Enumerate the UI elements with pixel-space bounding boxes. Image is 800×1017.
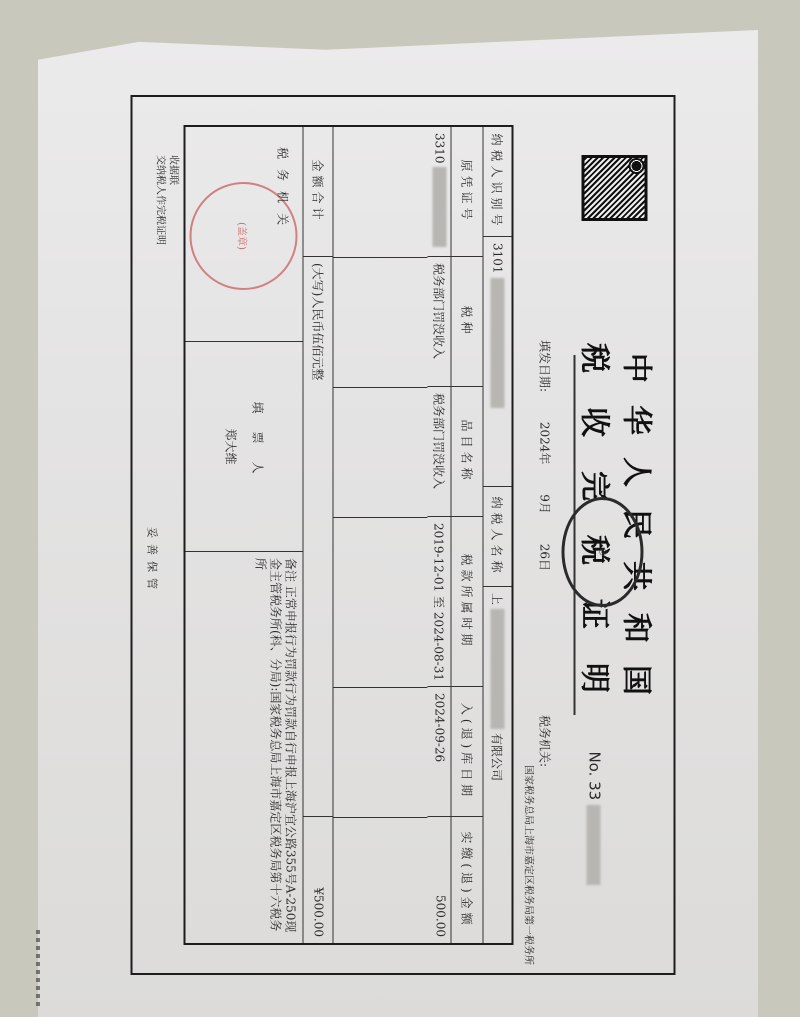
cell-amount: 500.00 [334,817,452,943]
cell-tax-type: 税务部门罚没收入 [428,257,452,387]
total-amount: ¥500.00 [304,817,334,943]
copy-label: 收据联 [167,155,180,245]
filler-name: 郑大维 [223,428,240,464]
copy-purpose: 交纳税人作完税证明 [154,155,167,245]
taxpayer-name-prefix: 上 [489,593,506,605]
filler-cell: 填票人 郑大维 [186,342,304,552]
filler-label: 填票人 [250,401,267,491]
grid-line [334,687,428,688]
table-header-row: 原凭证号 税种 品目名称 税款所属时期 入(退)库日期 实缴(退)金额 [451,127,484,943]
cert-no-value: 33 [586,781,604,800]
total-in-words: (大写)人民币伍佰元整 [304,257,334,817]
taxpayer-name-suffix: 有限公司 [489,733,506,781]
certificate-number: No. 33 [586,751,604,885]
col-period: 税款所属时期 [452,517,484,687]
table-row: 3310 税务部门罚没收入 税务部门罚没收入 2019-12-01 至 2024… [333,127,452,943]
cell-voucher-no: 3310 [428,127,452,257]
taxpayer-id-text: 3101 [491,243,505,274]
col-item-name: 品目名称 [452,387,484,517]
signature-row: (盖章) 税务机关 填票人 郑大维 备注 正常申报行为罚款行为罚款自行申报上海沪… [186,127,304,943]
tax-office: 税务机关: [537,715,554,767]
seal-label: 税务机关 [275,147,292,235]
grid-line [334,517,428,518]
cell-item-name: 税务部门罚没收入 [428,387,452,517]
tax-office-label: 税务机关: [538,715,552,767]
redacted-block [587,805,601,885]
tax-office-value: 国家税务总局上海市嘉定区税务局第一税务所 [523,765,538,965]
taxpayer-id-value: 3101 [484,237,512,487]
col-tax-type: 税种 [452,257,484,387]
paper-edge-perforation [36,930,40,1010]
cell-entry-date: 2024-09-26 [428,687,452,817]
redacted-block [433,167,447,247]
keep-safe-note: 妥善保管 [145,527,161,595]
col-voucher-no: 原凭证号 [452,127,484,257]
cert-no-label: No. [586,751,604,776]
seal-cell: (盖章) 税务机关 [186,127,304,342]
cell-period: 2019-12-01 至 2024-08-31 [428,517,452,687]
tax-certificate: 中华人民共和国 税收完税证明 ◎ No. 33 填发日期: 2024年 9月 2… [131,95,676,975]
grid-line [334,257,428,258]
total-row: 金额合计 (大写)人民币伍佰元整 ¥500.00 [303,127,334,943]
issue-year: 2024年 [538,422,552,465]
taxpayer-name-value: 上 有限公司 [484,587,512,943]
voucher-no-text: 3310 [433,133,447,164]
taxpayer-row: 纳税人识别号 3101 纳税人名称 上 有限公司 [483,127,512,943]
taxpayer-id-label: 纳税人识别号 [484,127,512,237]
grid-line [334,817,428,818]
taxpayer-name-label: 纳税人名称 [484,487,512,587]
total-label: 金额合计 [304,127,334,257]
seal-stamp-text: (盖章) [236,222,251,250]
issue-day: 26日 [538,544,552,571]
issue-date-label: 填发日期: [538,340,552,392]
remarks-text: 正常申报行为罚款行为罚款自行申报上海沪宜公路355号A-250现金主管税务所(科… [254,558,298,932]
copy-notes: 收据联 交纳税人作完税证明 [154,155,180,245]
grid-line [334,387,428,388]
certificate-table: 纳税人识别号 3101 纳税人名称 上 有限公司 原凭证号 税种 品目名称 税款… [184,125,514,945]
redacted-block [491,278,505,408]
col-entry-date: 入(退)库日期 [452,687,484,817]
remarks-cell: 备注 正常申报行为罚款行为罚款自行申报上海沪宜公路355号A-250现金主管税务… [186,552,304,943]
issue-month: 9月 [538,494,552,514]
redacted-block [491,609,505,729]
official-seal-icon: ◎ [562,497,644,607]
remarks-label: 备注 [284,558,298,582]
col-amount: 实缴(退)金额 [452,817,484,943]
issue-date: 填发日期: 2024年 9月 26日 [537,340,554,597]
certificate-header: 中华人民共和国 税收完税证明 ◎ No. 33 填发日期: 2024年 9月 2… [516,125,666,945]
